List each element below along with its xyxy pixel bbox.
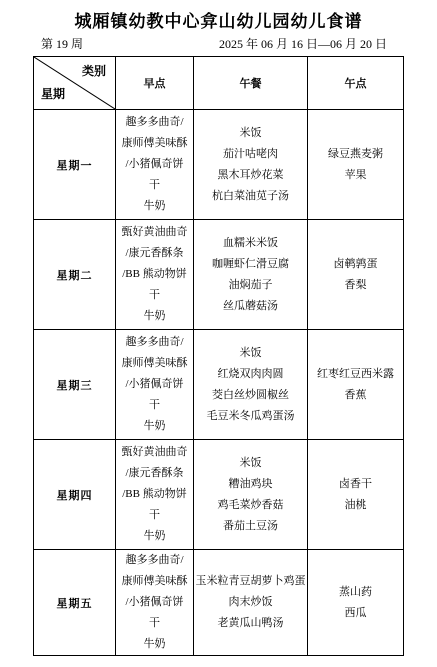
snack-cell: 卤鹌鹑蛋 香梨 [308,220,404,330]
info-row: 第 19 周 2025 年 06 月 16 日—06 月 20 日 [0,32,437,56]
snack-cell: 卤香干 油桃 [308,440,404,550]
breakfast-cell: 甄好黄油曲奇 /康元香酥条 /BB 熊动物饼 干 牛奶 [116,440,194,550]
lunch-cell: 玉米粒青豆胡萝卜鸡蛋 肉末炒饭 老黄瓜山鸭汤 [194,550,308,656]
lunch-cell: 米饭 红烧双肉肉圆 茭白丝炒圆椒丝 毛豆米冬瓜鸡蛋汤 [194,330,308,440]
breakfast-cell: 趣多多曲奇/ 康师傅美味酥 /小猪佩奇饼 干 牛奶 [116,330,194,440]
menu-document: 城厢镇幼教中心弇山幼儿园幼儿食谱 第 19 周 2025 年 06 月 16 日… [0,0,437,667]
snack-cell: 绿豆燕麦粥 苹果 [308,110,404,220]
table-row-tuesday: 星期二 甄好黄油曲奇 /康元香酥条 /BB 熊动物饼 干 牛奶 血糯米米饭 咖喱… [34,220,404,330]
lunch-cell: 米饭 糟油鸡块 鸡毛菜炒香菇 番茄土豆汤 [194,440,308,550]
date-range: 2025 年 06 月 16 日—06 月 20 日 [219,35,387,52]
breakfast-cell: 甄好黄油曲奇 /康元香酥条 /BB 熊动物饼 干 牛奶 [116,220,194,330]
column-header-lunch: 午餐 [194,57,308,110]
column-header-breakfast: 早点 [116,57,194,110]
breakfast-cell: 趣多多曲奇/ 康师傅美味酥 /小猪佩奇饼 干 牛奶 [116,550,194,656]
day-label: 星期二 [34,220,116,330]
menu-table: 类别 星期 早点 午餐 午点 星期一 趣多多曲奇/ 康师傅美味酥 /小猪佩奇饼 … [33,56,404,656]
day-label: 星期一 [34,110,116,220]
lunch-cell: 米饭 茄汁咕咾肉 黑木耳炒花菜 杭白菜油苋子汤 [194,110,308,220]
breakfast-cell: 趣多多曲奇/ 康师傅美味酥 /小猪佩奇饼 干 牛奶 [116,110,194,220]
day-label: 星期三 [34,330,116,440]
corner-week-label: 星期 [41,85,65,102]
snack-cell: 红枣红豆西米露 香蕉 [308,330,404,440]
week-number: 第 19 周 [41,35,83,52]
table-row-monday: 星期一 趣多多曲奇/ 康师傅美味酥 /小猪佩奇饼 干 牛奶 米饭 茄汁咕咾肉 黑… [34,110,404,220]
table-row-thursday: 星期四 甄好黄油曲奇 /康元香酥条 /BB 熊动物饼 干 牛奶 米饭 糟油鸡块 … [34,440,404,550]
corner-category-label: 类别 [82,62,106,79]
table-row-wednesday: 星期三 趣多多曲奇/ 康师傅美味酥 /小猪佩奇饼 干 牛奶 米饭 红烧双肉肉圆 … [34,330,404,440]
snack-cell: 蒸山药 西瓜 [308,550,404,656]
corner-header-cell: 类别 星期 [34,57,116,110]
header-row: 类别 星期 早点 午餐 午点 [34,57,404,110]
day-label: 星期四 [34,440,116,550]
column-header-snack: 午点 [308,57,404,110]
table-row-friday: 星期五 趣多多曲奇/ 康师傅美味酥 /小猪佩奇饼 干 牛奶 玉米粒青豆胡萝卜鸡蛋… [34,550,404,656]
page-title: 城厢镇幼教中心弇山幼儿园幼儿食谱 [0,0,437,32]
day-label: 星期五 [34,550,116,656]
lunch-cell: 血糯米米饭 咖喱虾仁滑豆腐 油焖茄子 丝瓜蘑菇汤 [194,220,308,330]
